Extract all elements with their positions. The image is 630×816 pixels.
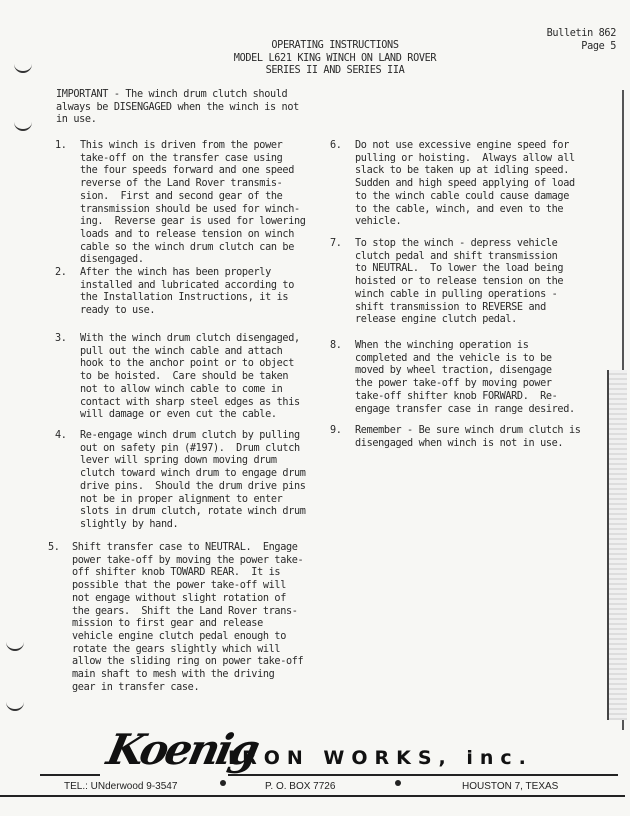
item-text: To stop the winch - depress vehicle clut… xyxy=(355,238,563,327)
item-text: After the winch has been properly instal… xyxy=(80,267,294,318)
page-number: Page 5 xyxy=(547,41,616,54)
item-number: 5. xyxy=(48,542,60,555)
item-number: 8. xyxy=(330,340,342,353)
item-number: 1. xyxy=(55,140,67,153)
title-line: MODEL L621 KING WINCH ON LAND ROVER xyxy=(190,53,480,66)
po-box: P. O. BOX 7726 xyxy=(265,781,335,792)
separator-dot xyxy=(220,780,226,786)
bulletin-info: Bulletin 862 Page 5 xyxy=(547,28,616,53)
rule-line xyxy=(228,774,618,776)
item-number: 3. xyxy=(55,333,67,346)
item-text: Re-engage winch drum clutch by pulling o… xyxy=(80,430,306,532)
document-page: Bulletin 862 Page 5 OPERATING INSTRUCTIO… xyxy=(0,0,630,816)
binder-hole-mark xyxy=(6,640,24,651)
separator-dot xyxy=(395,780,401,786)
title-line: SERIES II AND SERIES IIA xyxy=(190,65,480,78)
rule-line xyxy=(40,774,100,776)
bulletin-number: Bulletin 862 xyxy=(547,28,616,41)
item-number: 7. xyxy=(330,238,342,251)
item-text: This winch is driven from the power take… xyxy=(80,140,306,267)
item-text: Remember - Be sure winch drum clutch is … xyxy=(355,425,581,450)
binder-hole-mark xyxy=(6,700,24,711)
document-title: OPERATING INSTRUCTIONS MODEL L621 KING W… xyxy=(190,40,480,78)
page-edge-shadow xyxy=(607,370,627,720)
item-text: Do not use excessive engine speed for pu… xyxy=(355,140,575,229)
company-name: IRON WORKS, inc. xyxy=(228,747,533,769)
item-number: 4. xyxy=(55,430,67,443)
binder-hole-mark xyxy=(14,120,32,131)
item-text: Shift transfer case to NEUTRAL. Engage p… xyxy=(72,542,303,694)
item-number: 9. xyxy=(330,425,342,438)
company-letterhead: Koenig IRON WORKS, inc. TEL.: UNderwood … xyxy=(0,725,630,816)
binder-hole-mark xyxy=(14,62,32,73)
item-text: With the winch drum clutch disengaged, p… xyxy=(80,333,300,422)
item-number: 6. xyxy=(330,140,342,153)
telephone: TEL.: UNderwood 9-3547 xyxy=(64,781,177,792)
city-address: HOUSTON 7, TEXAS xyxy=(462,781,558,792)
item-number: 2. xyxy=(55,267,67,280)
item-text: When the winching operation is completed… xyxy=(355,340,575,416)
title-line: OPERATING INSTRUCTIONS xyxy=(190,40,480,53)
rule-line xyxy=(0,795,625,797)
important-note: IMPORTANT - The winch drum clutch should… xyxy=(56,89,326,127)
